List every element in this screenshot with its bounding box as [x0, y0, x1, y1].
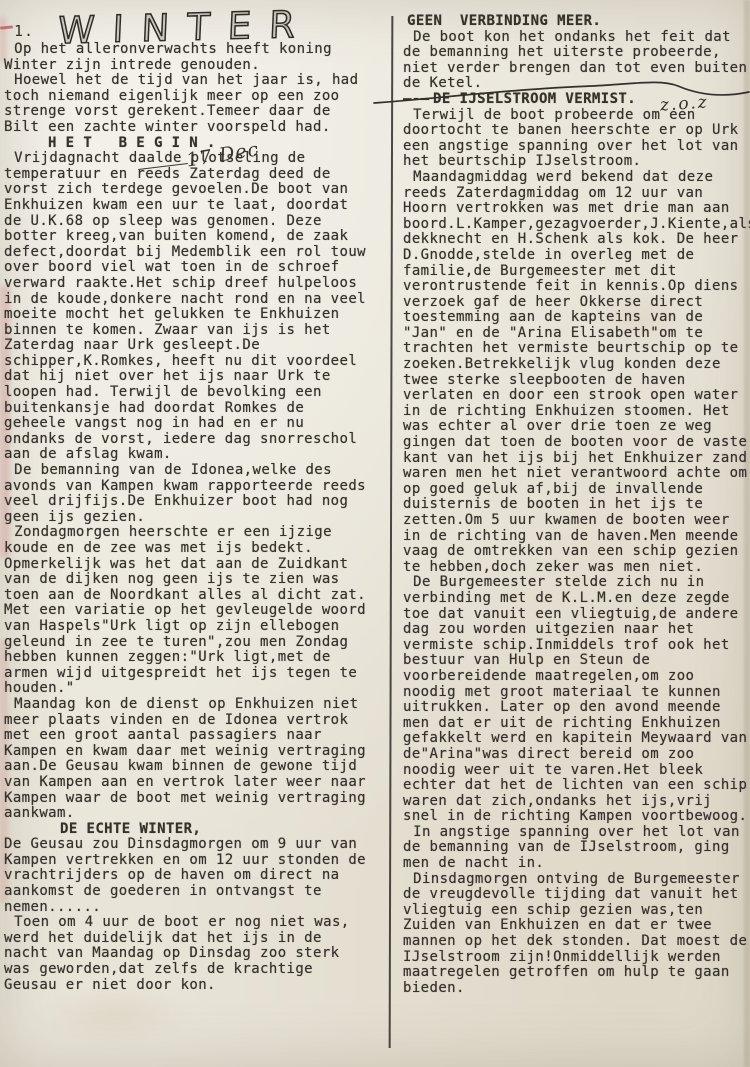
- paragraph: De Geusau zou Dinsdagmorgen om 9 uur van…: [4, 837, 370, 915]
- paragraph: De boot kon het ondanks het feit dat de …: [403, 30, 748, 92]
- paragraph: Dinsdagmorgen ontving de Burgemeester de…: [403, 872, 748, 997]
- heading-text: DE IJSELSTROOM VERMIST.: [433, 92, 636, 108]
- paragraph: Maandag kon de dienst op Enkhuizen niet …: [4, 697, 370, 822]
- paragraph: Terwijl de boot probeerde om een doortoc…: [403, 108, 748, 170]
- paragraph: De Burgemeester stelde zich nu in verbin…: [403, 575, 748, 825]
- right-column: GEEN VERBINDING MEER. De boot kon het on…: [403, 14, 748, 996]
- typed-dash-mark: —-—: [403, 92, 433, 108]
- paragraph: Toen om 4 uur de boot er nog niet was, w…: [4, 915, 370, 993]
- paragraph: Op het alleronverwachts heeft koning Win…: [4, 42, 370, 73]
- column-divider-line: [389, 16, 394, 1048]
- paragraph: Vrijdagnacht daalde plotseling de temper…: [4, 151, 370, 463]
- section-heading-de-echte-winter: DE ECHTE WINTER,: [60, 822, 370, 838]
- paragraph: In angstige spanning over het lot van de…: [403, 825, 748, 872]
- section-heading-het-begin: H E T B E G I N .: [48, 136, 370, 152]
- red-pencil-mark: [0, 25, 13, 29]
- paragraph: Zondagmorgen heerschte er een ijzige kou…: [4, 525, 370, 697]
- paragraph: De bemanning van de Idonea,welke des avo…: [4, 463, 370, 525]
- section-heading-ijselstroom-vermist: —-—DE IJSELSTROOM VERMIST.: [403, 92, 748, 108]
- paragraph: Hoewel het de tijd van het jaar is, had …: [4, 73, 370, 135]
- left-column: Op het alleronverwachts heeft koning Win…: [4, 42, 370, 993]
- section-heading-geen-verbinding: GEEN VERBINDING MEER.: [407, 14, 748, 30]
- page-number: 1.: [14, 22, 34, 40]
- paper-stain: [40, 985, 190, 1045]
- paragraph: Maandagmiddag werd bekend dat deze reeds…: [403, 170, 748, 575]
